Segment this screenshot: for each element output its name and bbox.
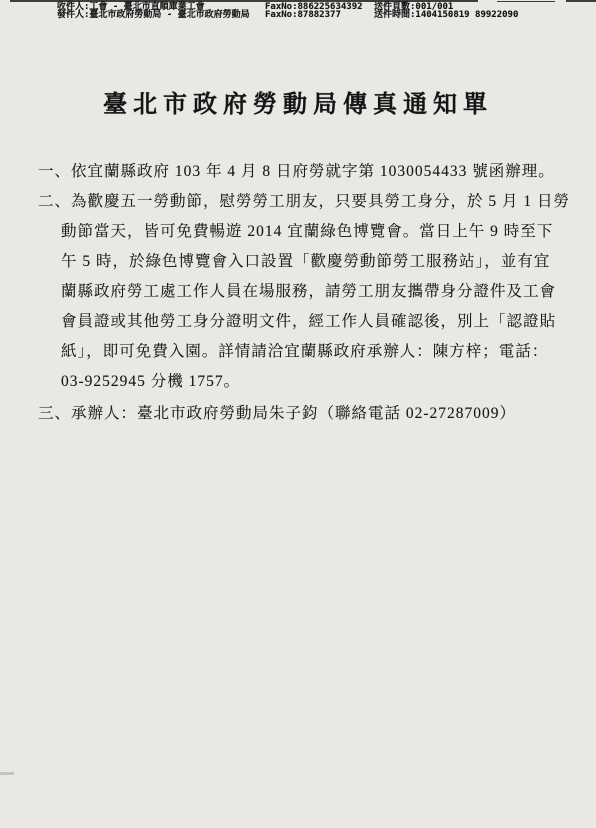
sender-fax-number: FaxNo:87882377 bbox=[265, 10, 341, 20]
document-title: 臺北市政府勞動局傳真通知單 bbox=[0, 84, 596, 119]
fax-header-sender-row: 發件人:臺北市政府勞動局 - 臺北市政府勞動局 FaxNo:87882377 送… bbox=[0, 10, 596, 20]
paragraph-2: 二、為歡慶五一勞動節，慰勞勞工朋友，只要具勞工身分，於 5 月 1 日勞 動節當… bbox=[38, 187, 566, 397]
body-line: 一、依宜蘭縣政府 103 年 4 月 8 日府勞就字第 1030054433 號… bbox=[38, 157, 566, 187]
body-line: 紙」，即可免費入園。詳情請洽宜蘭縣政府承辦人：陳方梓；電話： bbox=[38, 337, 566, 367]
body-line: 動節當天，皆可免費暢遊 2014 宜蘭綠色博覽會。當日上午 9 時至下 bbox=[38, 217, 566, 247]
scan-smudge bbox=[0, 772, 14, 775]
list-marker: 三、 bbox=[38, 405, 71, 422]
notice-body: 一、依宜蘭縣政府 103 年 4 月 8 日府勞就字第 1030054433 號… bbox=[38, 157, 566, 429]
body-line: 三、承辦人：臺北市政府勞動局朱子鈞（聯絡電話 02-27287009） bbox=[38, 399, 566, 429]
sender-name: 發件人:臺北市政府勞動局 - 臺北市政府勞動局 bbox=[57, 10, 250, 20]
send-timestamp: 送件時間:1404150819 89922090 bbox=[374, 10, 518, 20]
body-text: 承辦人：臺北市政府勞動局朱子鈞（聯絡電話 02-27287009） bbox=[71, 405, 516, 422]
body-text: 依宜蘭縣政府 103 年 4 月 8 日府勞就字第 1030054433 號函辦… bbox=[71, 163, 555, 180]
fax-document-page: { "colors": { "paper": "#e9e8e5", "ink":… bbox=[0, 0, 596, 828]
body-text: 為歡慶五一勞動節，慰勞勞工朋友，只要具勞工身分，於 5 月 1 日勞 bbox=[71, 193, 570, 210]
paragraph-3: 三、承辦人：臺北市政府勞動局朱子鈞（聯絡電話 02-27287009） bbox=[38, 399, 566, 429]
body-line: 會員證或其他勞工身分證明文件，經工作人員確認後，別上「認證貼 bbox=[38, 307, 566, 337]
body-line: 二、為歡慶五一勞動節，慰勞勞工朋友，只要具勞工身分，於 5 月 1 日勞 bbox=[38, 187, 566, 217]
body-line: 蘭縣政府勞工處工作人員在場服務，請勞工朋友攜帶身分證件及工會 bbox=[38, 277, 566, 307]
body-line: 03-9252945 分機 1757。 bbox=[38, 367, 566, 397]
paragraph-1: 一、依宜蘭縣政府 103 年 4 月 8 日府勞就字第 1030054433 號… bbox=[38, 157, 566, 187]
list-marker: 一、 bbox=[38, 163, 71, 180]
body-line: 午 5 時，於綠色博覽會入口設置「歡慶勞動節勞工服務站」，並有宜 bbox=[38, 247, 566, 277]
list-marker: 二、 bbox=[38, 193, 71, 210]
